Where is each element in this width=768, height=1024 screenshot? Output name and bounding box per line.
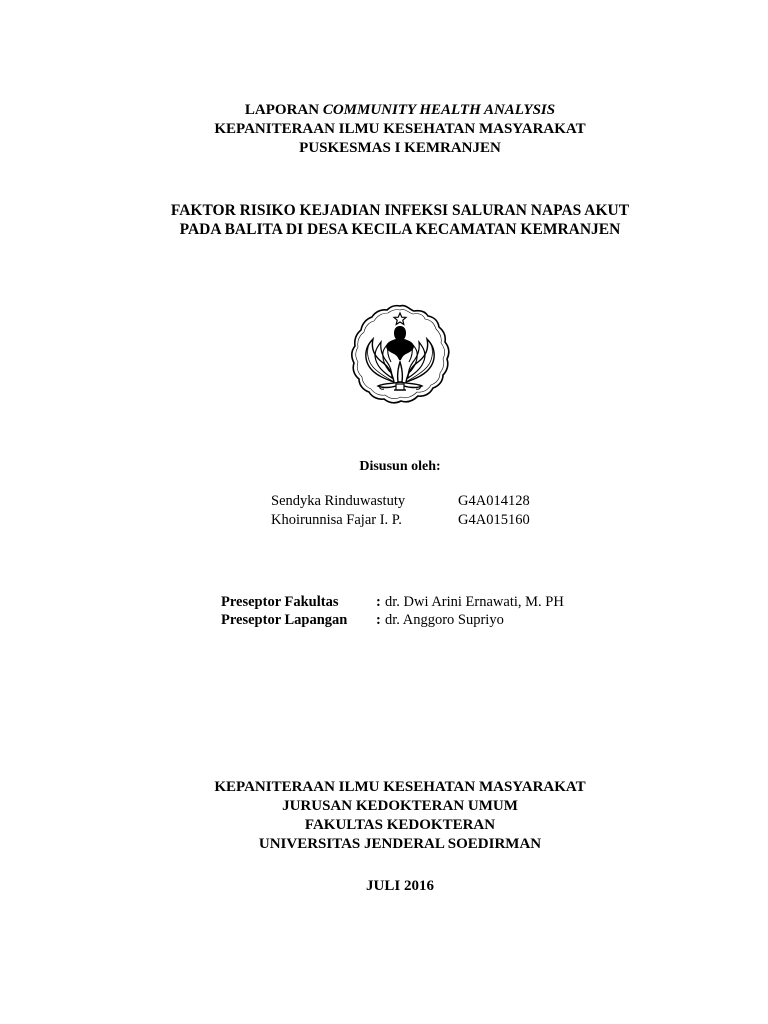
author-nim: G4A014128 [458,492,530,511]
topic-line-1: FAKTOR RISIKO KEJADIAN INFEKSI SALURAN N… [0,201,768,220]
preceptor-separator: : [376,593,381,611]
institution-line-1: KEPANITERAAN ILMU KESEHATAN MASYARAKAT [0,778,768,797]
authors-heading: Disusun oleh: [0,459,768,475]
author-name: Khoirunnisa Fajar I. P. [271,511,402,530]
topic-line-2: PADA BALITA DI DESA KECILA KECAMATAN KEM… [0,220,768,239]
report-title-block: LAPORAN COMMUNITY HEALTH ANALYSIS KEPANI… [0,101,768,158]
report-title-prefix: LAPORAN [245,102,323,118]
document-page: LAPORAN COMMUNITY HEALTH ANALYSIS KEPANI… [0,0,768,1024]
research-topic-block: FAKTOR RISIKO KEJADIAN INFEKSI SALURAN N… [0,201,768,239]
author-name: Sendyka Rinduwastuty [271,492,405,511]
institution-line-3: FAKULTAS KEDOKTERAN [0,816,768,835]
preceptor-separator: : [376,611,381,629]
institution-line-4: UNIVERSITAS JENDERAL SOEDIRMAN [0,835,768,854]
preceptor-name: dr. Anggoro Supriyo [385,611,504,629]
report-title-italic: COMMUNITY HEALTH ANALYSIS [323,102,555,118]
institution-line-2: JURUSAN KEDOKTERAN UMUM [0,797,768,816]
report-title-line-2: KEPANITERAAN ILMU KESEHATAN MASYARAKAT [0,120,768,139]
document-date: JULI 2016 [0,877,768,896]
preceptor-label: Preseptor Fakultas [221,593,338,611]
institution-block: KEPANITERAAN ILMU KESEHATAN MASYARAKAT J… [0,778,768,854]
date-text: JULI 2016 [0,877,768,896]
preceptor-name: dr. Dwi Arini Ernawati, M. PH [385,593,564,611]
university-emblem-icon [346,302,454,410]
report-title-line-1: LAPORAN COMMUNITY HEALTH ANALYSIS [0,101,768,120]
preceptor-label: Preseptor Lapangan [221,611,347,629]
report-title-line-3: PUSKESMAS I KEMRANJEN [0,139,768,158]
author-nim: G4A015160 [458,511,530,530]
